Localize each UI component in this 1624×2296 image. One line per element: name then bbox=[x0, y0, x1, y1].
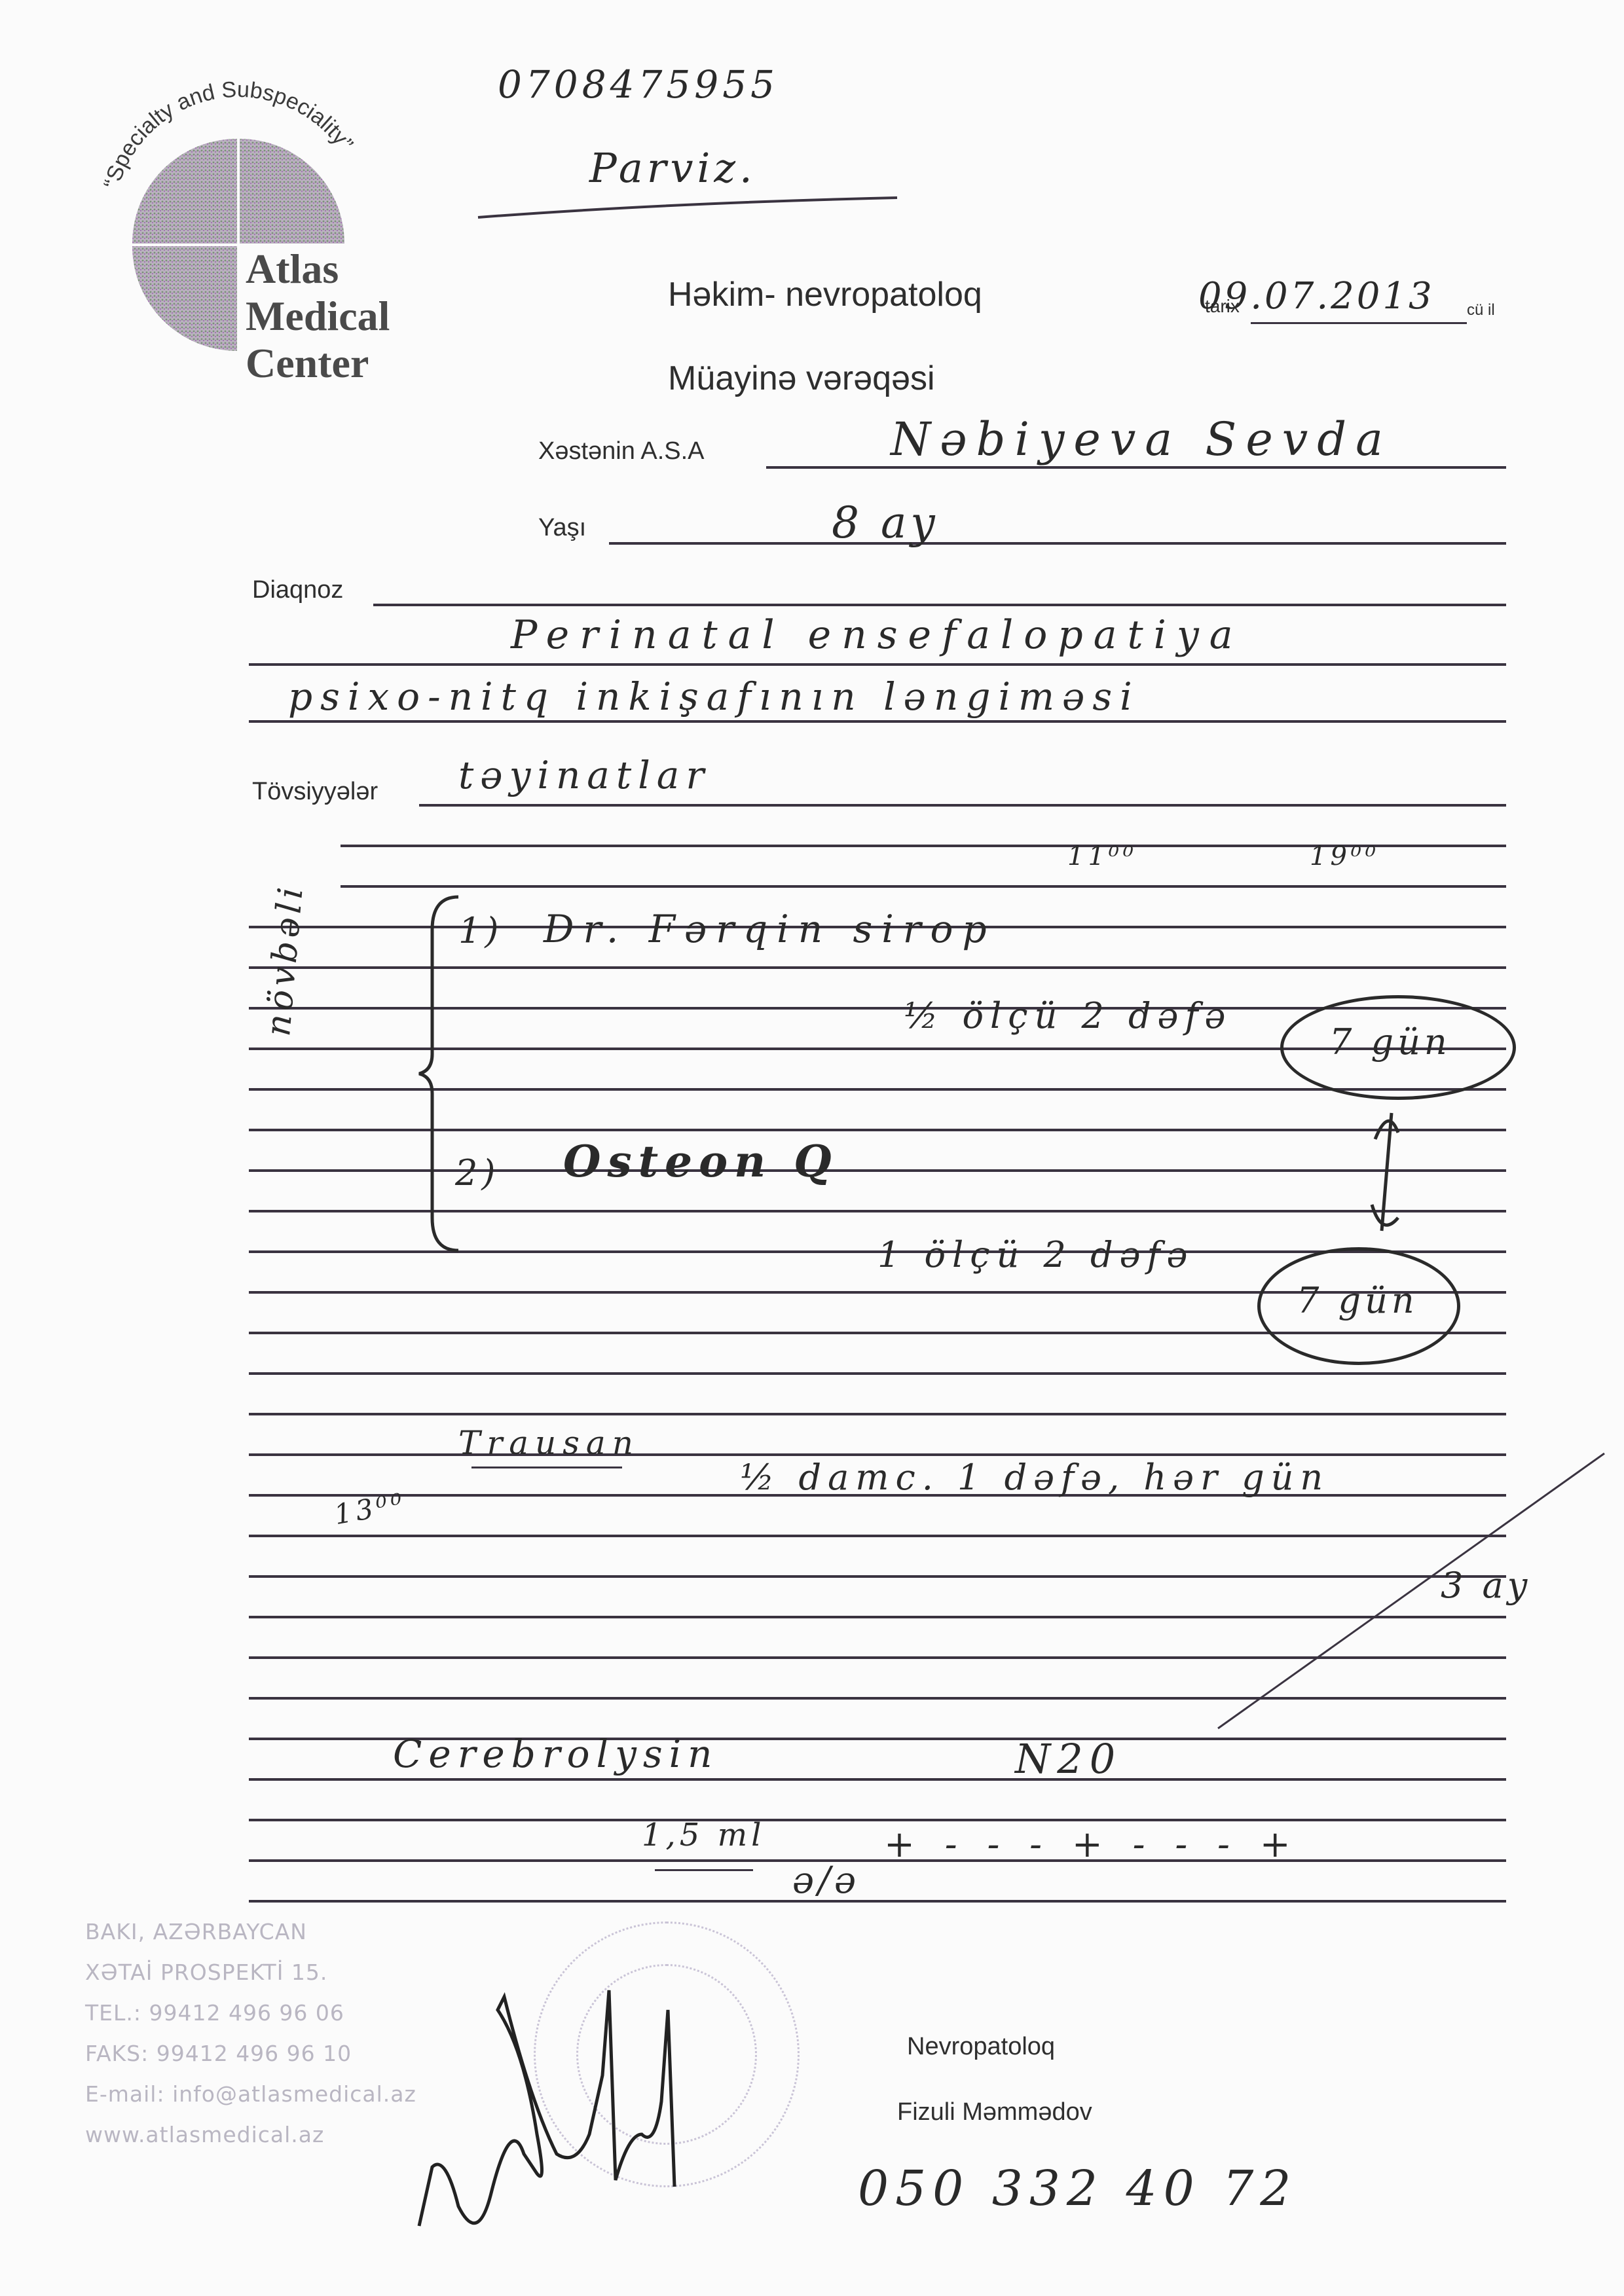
ruled-line bbox=[249, 1859, 1506, 1862]
rx-2-duration-badge: 7 gün bbox=[1257, 1247, 1460, 1365]
address-line-3: TEL.: 99412 496 96 06 bbox=[85, 1993, 416, 2033]
diagnosis-label: Diaqnoz bbox=[252, 576, 343, 604]
patient-name-line bbox=[766, 466, 1506, 469]
handwritten-phone-bottom: 050 332 40 72 bbox=[858, 2160, 1297, 2217]
ruled-line bbox=[249, 1819, 1506, 1821]
age-value[interactable]: 8 ay bbox=[832, 498, 939, 548]
diagnosis-line-1-text[interactable]: Perinatal ensefalopatiya bbox=[511, 612, 1244, 658]
clinic-logo: “Specialty and Subspeciality” Atlas Medi… bbox=[98, 98, 426, 412]
diagnosis-line-2-text[interactable]: psixo-nitq inkişafının ləngiməsi bbox=[288, 674, 1140, 719]
clinic-name-line-1: Atlas bbox=[246, 246, 390, 293]
extra-rx-underline bbox=[471, 1467, 622, 1468]
diagnosis-line-1 bbox=[249, 663, 1506, 666]
patient-name-value[interactable]: Nəbiyeva Sevda bbox=[891, 412, 1392, 466]
patient-name-label: Xəstənin A.S.A bbox=[538, 437, 705, 465]
doctor-name: Fizuli Məmmədov bbox=[897, 2098, 1092, 2126]
date-field[interactable]: tarix 09.07.2013 cü il bbox=[1205, 282, 1532, 327]
injection-dose-underline bbox=[655, 1869, 753, 1871]
handwritten-phone-top: 0708475955 bbox=[498, 62, 779, 107]
age-line bbox=[609, 542, 1506, 545]
doctor-title: Həkim- nevropatoloq bbox=[668, 275, 982, 314]
ruled-line bbox=[249, 1900, 1506, 1903]
bracket-label: növbəli bbox=[259, 882, 311, 1038]
date-value: 09.07.2013 bbox=[1198, 275, 1435, 318]
year-suffix: cü il bbox=[1467, 301, 1495, 319]
doctor-role: Nevropatoloq bbox=[907, 2033, 1055, 2061]
address-line-2: XƏTAİ PROSPEKTİ 15. bbox=[85, 1952, 416, 1993]
injection-dose: 1,5 ml bbox=[642, 1817, 765, 1853]
ruled-line bbox=[249, 1413, 1506, 1415]
injection-schedule: + - - - + - - - + bbox=[884, 1823, 1300, 1866]
recommendations-line-0 bbox=[419, 804, 1506, 807]
rx-1-number: 1) bbox=[458, 910, 502, 951]
clinic-address: BAKI, AZƏRBAYCAN XƏTAİ PROSPEKTİ 15. TEL… bbox=[85, 1912, 416, 2155]
strike-line bbox=[1211, 1447, 1624, 1774]
rx-2-number: 2) bbox=[455, 1152, 499, 1194]
age-label: Yaşı bbox=[538, 514, 586, 542]
doctor-signature bbox=[406, 1971, 864, 2232]
address-line-1: BAKI, AZƏRBAYCAN bbox=[85, 1912, 416, 1952]
diagnosis-line-2 bbox=[249, 720, 1506, 723]
address-line-4: FAKS: 99412 496 96 10 bbox=[85, 2033, 416, 2074]
injection-route: ə/ə bbox=[792, 1859, 860, 1902]
handwritten-note-top: Parviz. bbox=[589, 144, 756, 192]
address-website[interactable]: www.atlasmedical.az bbox=[85, 2115, 416, 2155]
ruled-line bbox=[249, 1778, 1506, 1781]
rx-1-name[interactable]: Dr. Fərqin sirop bbox=[544, 907, 996, 951]
diagnosis-line-0 bbox=[373, 604, 1506, 606]
injection-quantity: N20 bbox=[1015, 1735, 1122, 1783]
rx-1-duration-badge: 7 gün bbox=[1280, 995, 1516, 1100]
extra-rx-name[interactable]: Trausan bbox=[458, 1424, 640, 1462]
injection-name[interactable]: Cerebrolysin bbox=[393, 1732, 719, 1776]
time-2: 19⁰⁰ bbox=[1310, 841, 1380, 871]
recommendations-first-line[interactable]: təyinatlar bbox=[458, 753, 710, 797]
rx-2-name[interactable]: Osteon Q bbox=[563, 1136, 838, 1187]
clinic-name-line-2: Medical bbox=[246, 293, 390, 340]
extra-rx-time: 13⁰⁰ bbox=[332, 1487, 409, 1531]
time-1: 11⁰⁰ bbox=[1067, 841, 1137, 871]
double-arrow-icon bbox=[1362, 1106, 1414, 1237]
rx-2-dose: 1 ölçü 2 dəfə bbox=[877, 1234, 1194, 1275]
clinic-name-line-3: Center bbox=[246, 340, 390, 387]
recommendations-label: Tövsiyyələr bbox=[252, 778, 378, 806]
address-email[interactable]: E-mail: info@atlasmedical.az bbox=[85, 2074, 416, 2115]
ruled-line bbox=[249, 1372, 1506, 1375]
form-title: Müayinə vərəqəsi bbox=[668, 359, 935, 398]
handwritten-underline bbox=[471, 190, 1061, 242]
ruled-line bbox=[341, 885, 1506, 888]
rx-1-dose: ½ ölçü 2 dəfə bbox=[904, 995, 1232, 1036]
